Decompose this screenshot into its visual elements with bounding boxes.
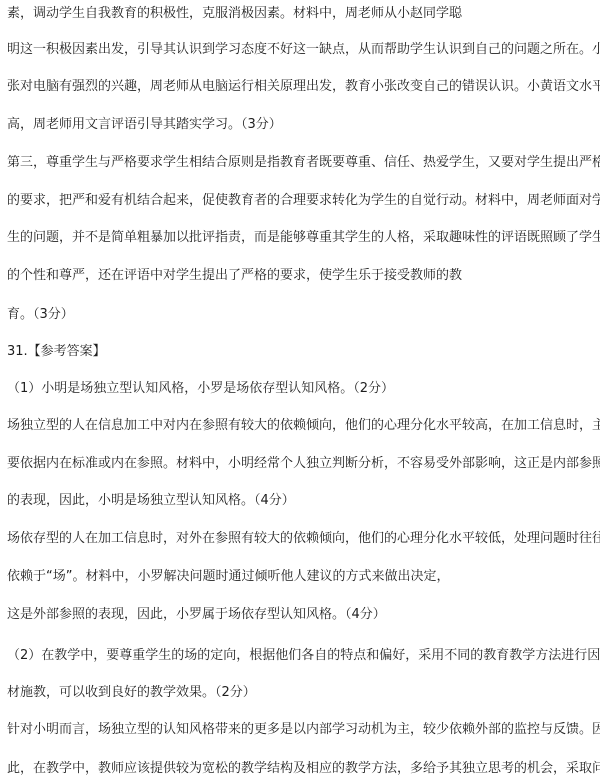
text-line: 的表现，因此，小明是场独立型认知风格。（4分） [7,491,295,511]
text-line: 的要求，把严和爱有机结合起来，促使教育者的合理要求转化为学生的自觉行动。材料中，… [7,191,600,211]
text-line: 这是外部参照的表现，因此，小罗属于场依存型认知风格。（4分） [7,605,386,625]
text-line: 生的问题，并不是简单粗暴加以批评指责，而是能够尊重其学生的人格，采取趣味性的评语… [7,228,600,248]
text-line: （2）在教学中，要尊重学生的场的定向，根据他们各自的特点和偏好，采用不同的教育教… [7,646,600,666]
text-line: （1）小明是场独立型认知风格，小罗是场依存型认知风格。（2分） [7,379,394,399]
text-line: 的个性和尊严，还在评语中对学生提出了严格的要求，使学生乐于接受教师的教 [7,266,462,286]
text-line: 材施教，可以收到良好的教学效果。（2分） [7,683,256,703]
text-line: 第三，尊重学生与严格要求学生相结合原则是指教育者既要尊重、信任、热爱学生，又要对… [7,153,600,173]
text-line: 明这一积极因素出发，引导其认识到学习态度不好这一缺点，从而帮助学生认识到自己的问… [7,40,600,60]
text-line: 场依存型的人在加工信息时，对外在参照有较大的依赖倾向，他们的心理分化水平较低，处… [7,529,600,549]
text-line: 依赖于“场”。材料中，小罗解决问题时通过倾听他人建议的方式来做出决定， [7,567,449,587]
text-line: 要依据内在标准或内在参照。材料中，小明经常个人独立判断分析，不容易受外部影响，这… [7,454,600,474]
text-line: 此，在教学中，教师应该提供较为宽松的教学结构及相应的教学方法，多给予其独立思考的… [7,759,600,779]
section-heading: 31.【参考答案】 [7,342,106,362]
document-page: 素，调动学生自我教育的积极性，克服消极因素。材料中，周老师从小赵同学聪 明这一积… [0,0,600,783]
text-line: 素，调动学生自我教育的积极性，克服消极因素。材料中，周老师从小赵同学聪 [7,4,462,24]
text-line: 育。（3分） [7,305,74,325]
text-line: 针对小明而言，场独立型的认知风格带来的更多是以内部学习动机为主，较少依赖外部的监… [7,720,600,740]
text-line: 场独立型的人在信息加工中对内在参照有较大的依赖倾向，他们的心理分化水平较高，在加… [7,416,600,436]
text-line: 张对电脑有强烈的兴趣，周老师从电脑运行相关原理出发，教育小张改变自己的错误认识。… [7,77,600,97]
text-line: 高，周老师用文言评语引导其踏实学习。（3分） [7,115,282,135]
